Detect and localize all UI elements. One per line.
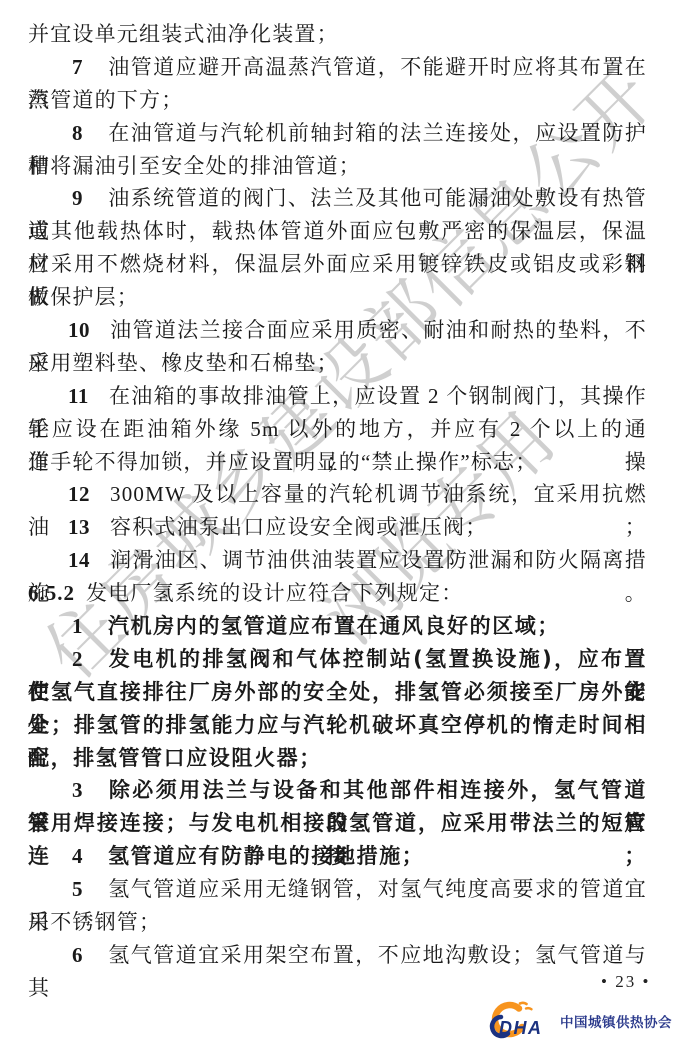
item-number: 7 xyxy=(72,55,83,79)
item-number: 14 xyxy=(68,548,90,572)
text-line: 11在油箱的事故排油管上，应设置 2 个钢制阀门，其操作手 xyxy=(28,380,647,413)
text-line: 应采用不燃烧材料，保温层外面应采用镀锌铁皮或铝皮或彩钢板 xyxy=(28,248,647,281)
text-line: 12300MW 及以上容量的汽轮机调节油系统，宜采用抗燃油； xyxy=(28,478,647,511)
item-number: 5 xyxy=(72,877,83,901)
text-line: 合，排氢管管口应设阻火器； xyxy=(28,742,647,775)
text-line: 5氢气管道应采用无缝钢管，对氢气纯度高要求的管道宜采 xyxy=(28,873,647,906)
text-line: 使氢气直接排往厂房外部的安全处，排氢管必须接至厂房外安全 xyxy=(28,676,647,709)
line-text: 容积式油泵出口应设安全阀或泄压阀； xyxy=(110,515,487,539)
page-number: • 23 • xyxy=(601,972,650,992)
text-line: 或其他载热体时，载热体管道外面应包敷严密的保温层，保温材料 xyxy=(28,215,647,248)
text-line: 14润滑油区、调节油供油装置应设置防泄漏和防火隔离措施。 xyxy=(28,544,647,577)
item-number: 11 xyxy=(68,384,89,408)
line-text: 并宜设单元组装式油净化装置； xyxy=(28,22,339,46)
line-text: 汽管道的下方； xyxy=(28,88,183,112)
dha-logo-icon: DHA xyxy=(482,1000,554,1042)
text-line: 处；排氢管的排氢能力应与汽轮机破坏真空停机的惰走时间相配 xyxy=(28,709,647,742)
text-line: 轮应设在距油箱外缘 5m 以外的地方，并应有 2 个以上的通道；操 xyxy=(28,413,647,446)
item-number: 3 xyxy=(72,778,83,802)
line-text: 氢管道应有防静电的接地措施； xyxy=(108,844,424,868)
item-number: 2 xyxy=(72,647,83,671)
document-body: 并宜设单元组装式油净化装置；7油管道应避开高温蒸汽管道，不能避开时应将其布置在蒸… xyxy=(28,18,647,972)
line-text: 和将漏油引至安全处的排油管道； xyxy=(28,154,361,178)
line-text: 汽机房内的氢管道应布置在通风良好的区域； xyxy=(108,614,560,638)
text-line: 1汽机房内的氢管道应布置在通风良好的区域； xyxy=(28,610,647,643)
item-number: 12 xyxy=(68,482,90,506)
line-text: 发电厂氢系统的设计应符合下列规定： xyxy=(86,581,463,605)
item-number: 1 xyxy=(72,614,83,638)
line-text: 用不锈钢管； xyxy=(28,910,161,934)
item-number: 10 xyxy=(68,318,90,342)
text-line: 3除必须用法兰与设备和其他部件相连接外，氢气管道管段应 xyxy=(28,774,647,807)
item-number: 6.5.2 xyxy=(28,581,75,605)
text-line: 8在油管道与汽轮机前轴封箱的法兰连接处，应设置防护槽 xyxy=(28,117,647,150)
item-number: 13 xyxy=(68,515,90,539)
text-line: 用不锈钢管； xyxy=(28,906,647,939)
item-number: 4 xyxy=(72,844,83,868)
line-text: 氢气管道宜采用架空布置，不应地沟敷设；氢气管道与其 xyxy=(28,943,647,1000)
line-text: 采用塑料垫、橡皮垫和石棉垫； xyxy=(28,351,339,375)
text-line: 和将漏油引至安全处的排油管道； xyxy=(28,150,647,183)
text-line: 6氢气管道宜采用架空布置，不应地沟敷设；氢气管道与其 xyxy=(28,939,647,972)
association-name: 中国城镇供热协会 xyxy=(560,1011,672,1031)
line-text: 做保护层； xyxy=(28,285,139,309)
text-line: 做保护层； xyxy=(28,281,647,314)
line-text: 合，排氢管管口应设阻火器； xyxy=(28,746,322,770)
text-line: 采用塑料垫、橡皮垫和石棉垫； xyxy=(28,347,647,380)
text-line: 9油系统管道的阀门、法兰及其他可能漏油处敷设有热管道 xyxy=(28,182,647,215)
text-line: 2发电机的排氢阀和气体控制站(氢置换设施)，应布置在能 xyxy=(28,643,647,676)
text-line: 汽管道的下方； xyxy=(28,84,647,117)
item-number: 6 xyxy=(72,943,83,967)
text-line: 10油管道法兰接合面应采用质密、耐油和耐热的垫料，不应 xyxy=(28,314,647,347)
text-line: 7油管道应避开高温蒸汽管道，不能避开时应将其布置在蒸 xyxy=(28,51,647,84)
item-number: 9 xyxy=(72,186,83,210)
item-number: 8 xyxy=(72,121,83,145)
text-line: 并宜设单元组装式油净化装置； xyxy=(28,18,647,51)
line-text: 作手轮不得加锁，并应设置明显的“禁止操作”标志； xyxy=(28,450,537,474)
association-logo: DHA 中国城镇供热协会 xyxy=(482,997,672,1045)
text-line: 采用焊接连接；与发电机相接的氢管道，应采用带法兰的短管连接； xyxy=(28,807,647,840)
document-page: 住房城乡建设部信息公开 浏览专用 并宜设单元组装式油净化装置；7油管道应避开高温… xyxy=(0,0,674,1052)
dha-acronym: DHA xyxy=(499,1018,543,1038)
